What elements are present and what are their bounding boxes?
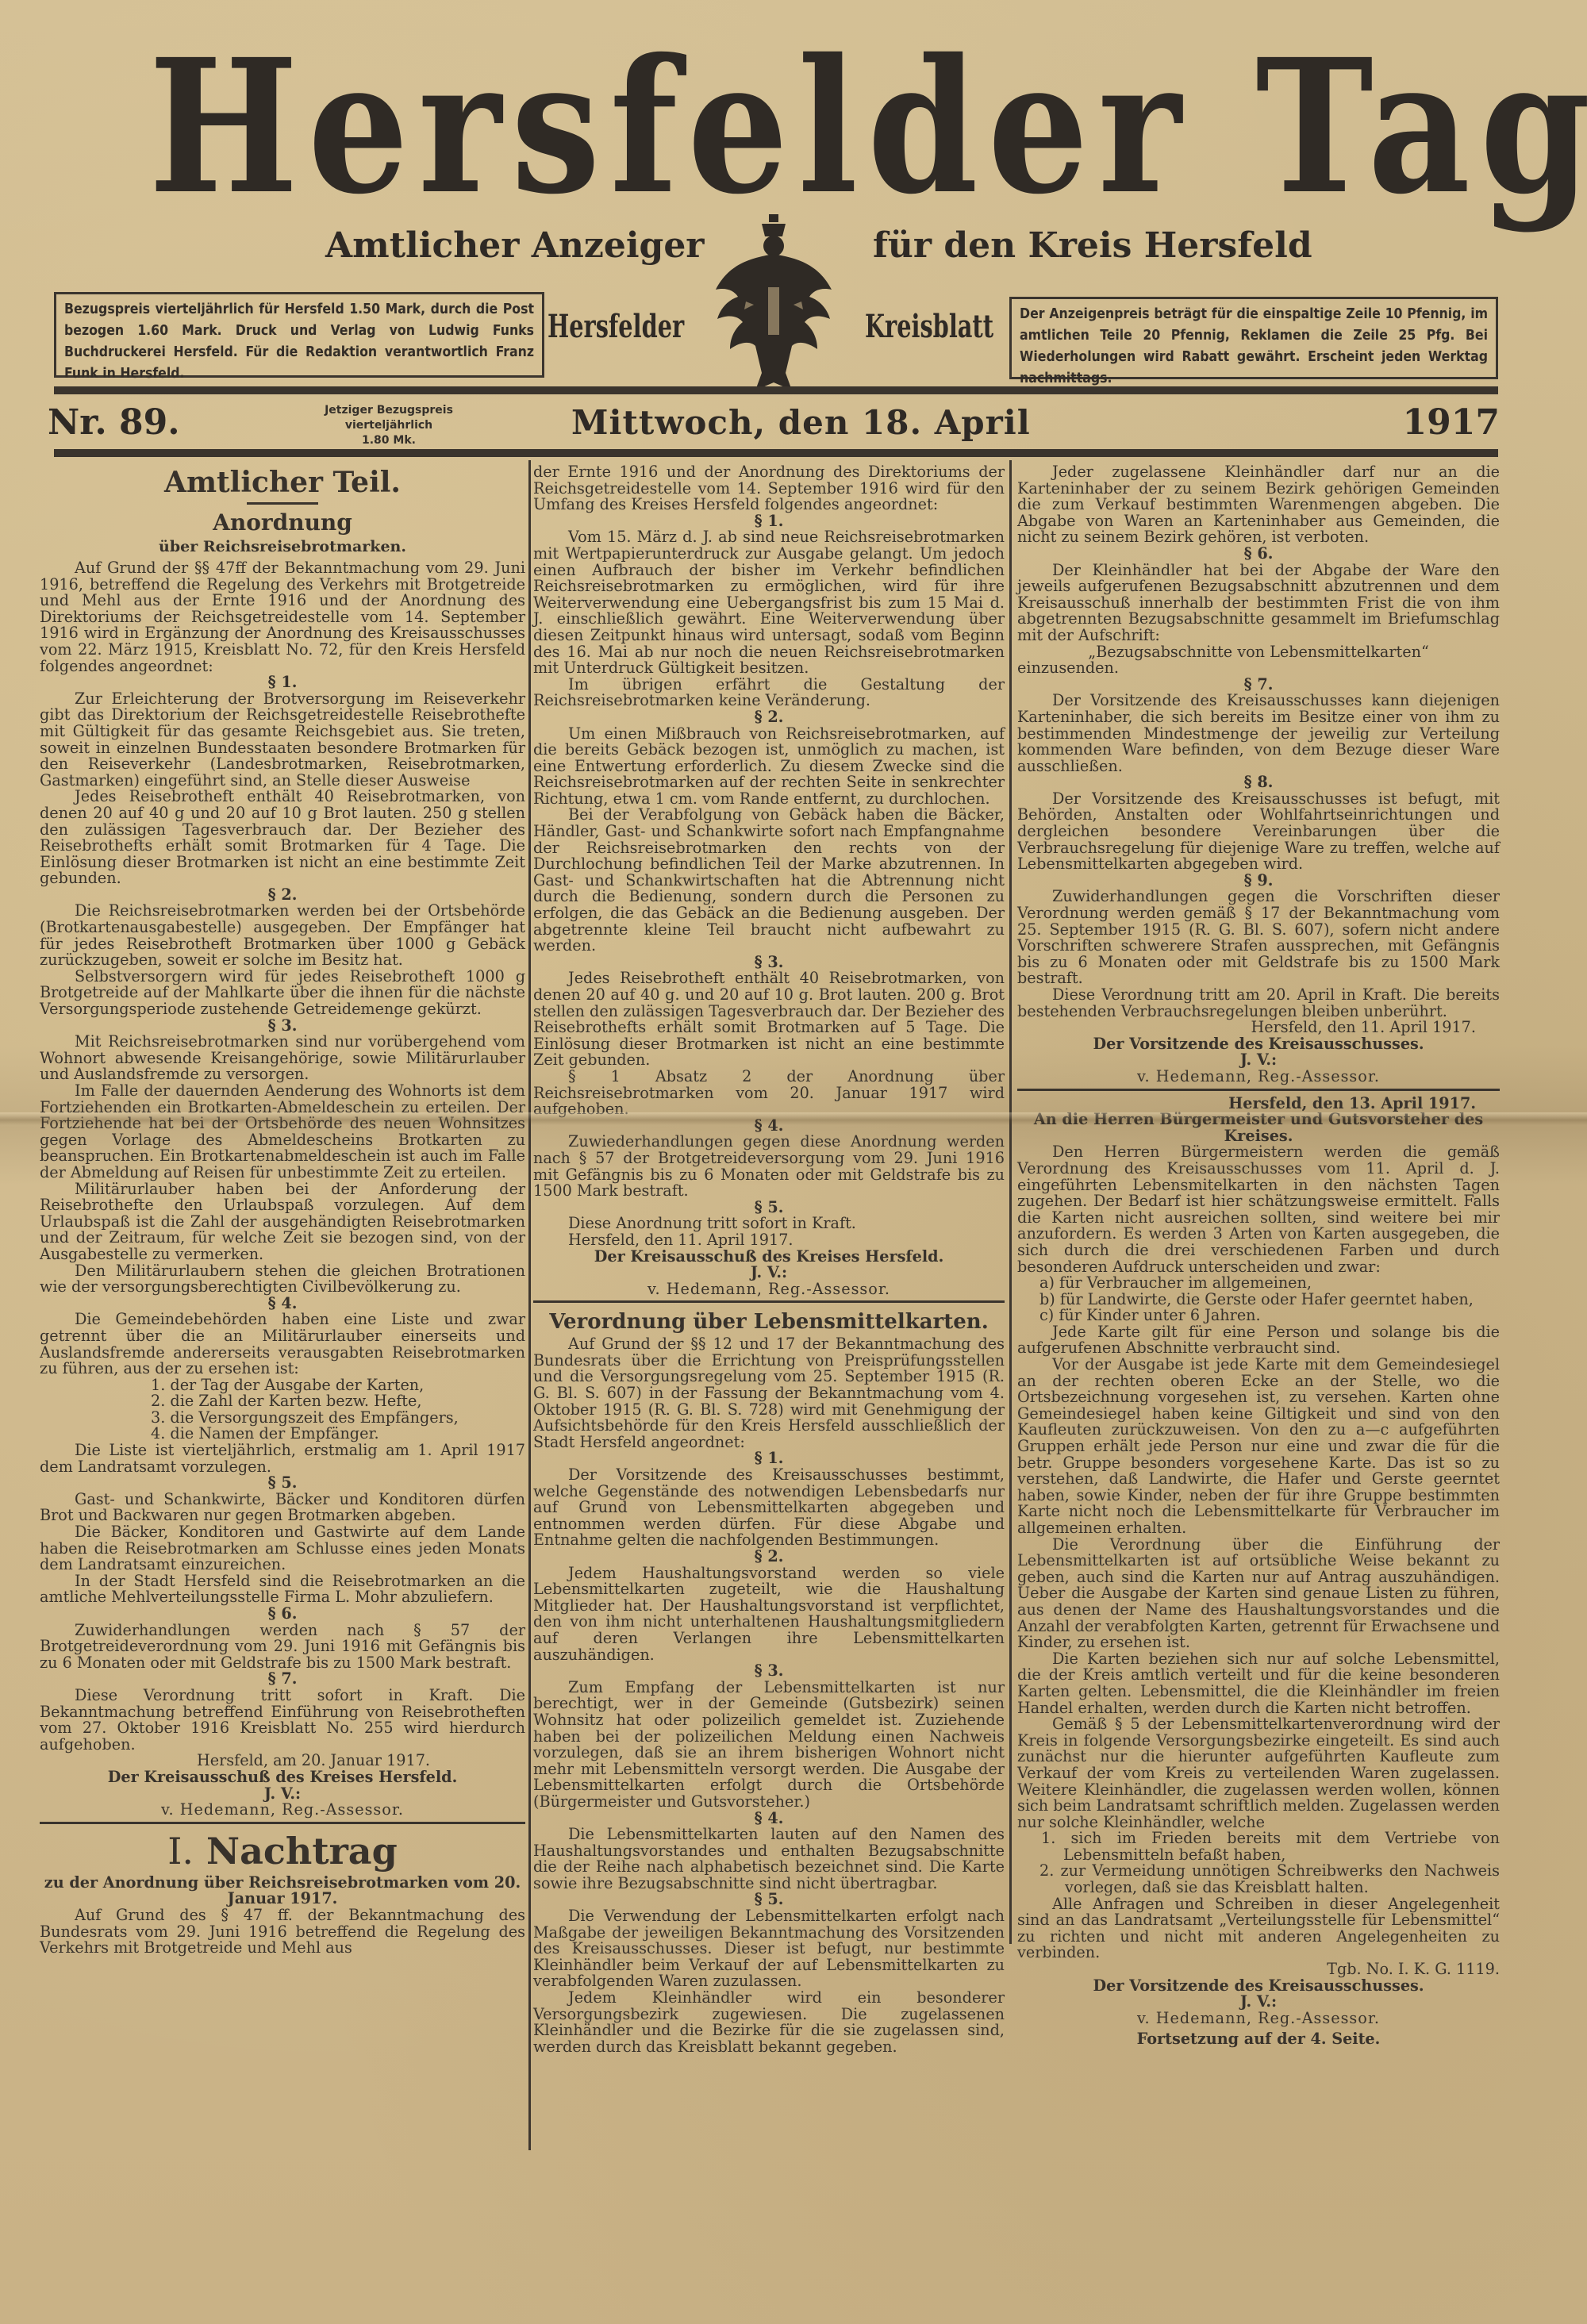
paragraph: Im Falle der dauernden Aenderung des Woh… <box>40 1083 525 1181</box>
list-item: 2. zur Vermeidung unnötigen Schreibwerks… <box>1017 1863 1500 1896</box>
section-marker: § 2. <box>40 887 525 904</box>
place-date: Hersfeld, den 11. April 1917. <box>1017 1020 1500 1036</box>
paragraph: Gast- und Schankwirte, Bäcker und Kondit… <box>40 1492 525 1524</box>
section-marker: § 5. <box>40 1475 525 1492</box>
paragraph: Gemäß § 5 der Lebensmittelkartenverordnu… <box>1017 1716 1500 1830</box>
on-behalf-marker: J. V.: <box>40 1786 525 1803</box>
paragraph: Die Verordnung über die Einführung der L… <box>1017 1537 1500 1651</box>
section-marker: § 3. <box>533 1663 1005 1680</box>
letter-addressee: An die Herren Bürgermeister und Gutsvors… <box>1017 1112 1500 1144</box>
list-item: a) für Verbraucher im allgemeinen, <box>1017 1275 1500 1292</box>
nachtrag-number: I. <box>167 1830 194 1873</box>
section-marker: § 9. <box>1017 873 1500 889</box>
paragraph: Jedes Reisebrotheft enthält 40 Reisebrot… <box>533 970 1005 1069</box>
signature: v. Hedemann, Reg.-Assessor. <box>1017 1069 1500 1085</box>
section-marker: § 5. <box>533 1200 1005 1216</box>
masthead-rule-bottom <box>54 449 1498 457</box>
paragraph: Die Gemeindebehörden haben eine Liste un… <box>40 1312 525 1377</box>
section-marker: § 1. <box>533 513 1005 530</box>
newspaper-page: Hersfelder Tageblatt Amtlicher Anzeiger … <box>0 0 1587 2324</box>
paragraph: Jedem Haushaltungsvorstand werden so vie… <box>533 1565 1005 1664</box>
issuing-authority: Der Kreisausschuß des Kreises Hersfeld. <box>533 1249 1005 1266</box>
article-divider <box>1017 1089 1500 1091</box>
article-title-verordnung: Verordnung über Lebensmittelkarten. <box>533 1308 1005 1336</box>
list-item: 1. der Tag der Ausgabe der Karten, <box>40 1377 525 1394</box>
issue-number: Nr. 89. <box>48 395 180 451</box>
paragraph: einzusenden. <box>1017 660 1500 677</box>
paragraph: Im übrigen erfährt die Gestaltung der Re… <box>533 677 1005 709</box>
list-item: c) für Kinder unter 6 Jahren. <box>1017 1308 1500 1324</box>
issue-year: 1917 <box>1403 395 1500 451</box>
price-note-line2: 1.80 Mk. <box>286 433 492 448</box>
section-marker: § 3. <box>533 955 1005 971</box>
quoted-inscription: „Bezugsabschnitte von Lebensmittelkarten… <box>1017 644 1500 661</box>
paragraph: Die Karten beziehen sich nur auf solche … <box>1017 1651 1500 1716</box>
paragraph: Bei der Verabfolgung von Gebäck haben di… <box>533 807 1005 954</box>
masthead-rule-top <box>54 386 1498 394</box>
paragraph: Auf Grund des § 47 ff. der Bekanntmachun… <box>40 1907 525 1957</box>
issuing-authority: Der Kreisausschuß des Kreises Hersfeld. <box>40 1769 525 1786</box>
paragraph: Zur Erleichterung der Brotversorgung im … <box>40 691 525 789</box>
paragraph: Zum Empfang der Lebensmittelkarten ist n… <box>533 1680 1005 1811</box>
paragraph: Vor der Ausgabe ist jede Karte mit dem G… <box>1017 1357 1500 1537</box>
paragraph: Die Reichsreisebrotmarken werden bei der… <box>40 903 525 968</box>
price-note-line1: Jetziger Bezugspreis vierteljährlich <box>286 403 492 433</box>
paragraph: Jeder zugelassene Kleinhändler darf nur … <box>1017 464 1500 546</box>
paragraph: Der Kleinhändler hat bei der Abgabe der … <box>1017 563 1500 644</box>
column-2: der Ernte 1916 und der Anordnung des Dir… <box>533 464 1005 2055</box>
paragraph: § 1 Absatz 2 der Anordnung über Reichsre… <box>533 1069 1005 1118</box>
issuing-authority: Der Vorsitzende des Kreisausschusses. <box>1017 1036 1500 1053</box>
paragraph: Zuwiederhandlungen gegen diese Anordnung… <box>533 1134 1005 1199</box>
paragraph: Diese Anordnung tritt sofort in Kraft. <box>533 1216 1005 1232</box>
paragraph: Den Herren Bürgermeistern werden die gem… <box>1017 1144 1500 1275</box>
nachtrag-title: Nachtrag <box>206 1830 398 1873</box>
paragraph: In der Stadt Hersfeld sind die Reisebrot… <box>40 1573 525 1606</box>
reference-number: Tgb. No. I. K. G. 1119. <box>1017 1961 1500 1978</box>
section-marker: § 4. <box>533 1811 1005 1827</box>
issue-date: Mittwoch, den 18. April <box>571 395 1031 451</box>
article-title-anordnung: Anordnung <box>40 509 525 536</box>
on-behalf-marker: J. V.: <box>1017 1994 1500 2011</box>
paragraph: Selbstversorgern wird für jedes Reisebro… <box>40 969 525 1018</box>
on-behalf-marker: J. V.: <box>533 1265 1005 1281</box>
column-1: Amtlicher Teil. Anordnung über Reichsrei… <box>40 464 525 1957</box>
article-divider <box>533 1300 1005 1303</box>
paragraph: der Ernte 1916 und der Anordnung des Dir… <box>533 464 1005 513</box>
issuing-authority: Der Vorsitzende des Kreisausschusses. <box>1017 1978 1500 1995</box>
masthead-title: Hersfelder Tageblatt <box>148 24 1390 230</box>
paragraph: Mit Reichsreisebrotmarken sind nur vorüb… <box>40 1034 525 1083</box>
article-divider <box>40 1822 525 1824</box>
price-note: Jetziger Bezugspreis vierteljährlich 1.8… <box>286 403 492 448</box>
list-item: 4. die Namen der Empfänger. <box>40 1426 525 1442</box>
paragraph: Diese Verordnung tritt am 20. April in K… <box>1017 987 1500 1020</box>
place-date: Hersfeld, am 20. Januar 1917. <box>40 1753 525 1769</box>
section-marker: § 1. <box>533 1450 1005 1467</box>
paragraph: Der Vorsitzende des Kreisausschusses kan… <box>1017 693 1500 774</box>
paragraph: Militärurlauber haben bei der Anforderun… <box>40 1181 525 1263</box>
paragraph: Die Lebensmittelkarten lauten auf den Na… <box>533 1827 1005 1892</box>
paragraph: Die Liste ist vierteljährlich, erstmalig… <box>40 1442 525 1475</box>
paragraph: Den Militärurlaubern stehen die gleichen… <box>40 1263 525 1296</box>
signature: v. Hedemann, Reg.-Assessor. <box>533 1281 1005 1298</box>
section-marker: § 3. <box>40 1018 525 1035</box>
list-item: b) für Landwirte, die Gerste oder Hafer … <box>1017 1292 1500 1308</box>
paragraph: Der Vorsitzende des Kreisausschusses bes… <box>533 1467 1005 1549</box>
section-marker: § 6. <box>40 1606 525 1623</box>
advertising-info-box: Der Anzeigenpreis beträgt für die einspa… <box>1009 297 1498 379</box>
masthead-subtitle-right: für den Kreis Hersfeld <box>873 222 1312 270</box>
continuation-note: Fortsetzung auf der 4. Seite. <box>1017 2031 1500 2048</box>
section-marker: § 8. <box>1017 774 1500 791</box>
kreisblatt-label-left: Hersfelder <box>548 295 684 359</box>
paragraph: Die Verwendung der Lebensmittelkarten er… <box>533 1908 1005 1990</box>
column-rule-2 <box>1009 460 1012 1944</box>
signature: v. Hedemann, Reg.-Assessor. <box>1017 2011 1500 2027</box>
kreisblatt-label-right: Kreisblatt <box>865 295 993 359</box>
article-title-nachtrag: I. Nachtrag <box>40 1829 525 1873</box>
nachtrag-subtitle: zu der Anordnung über Reichsreisebrotmar… <box>40 1875 525 1907</box>
section-marker: § 2. <box>533 709 1005 726</box>
section-marker: § 2. <box>533 1549 1005 1565</box>
list-item: 3. die Versorgungszeit des Empfängers, <box>40 1410 525 1427</box>
section-marker: § 1. <box>40 674 525 691</box>
paragraph: Auf Grund der §§ 47ff der Bekanntmachung… <box>40 560 525 674</box>
column-3: Jeder zugelassene Kleinhändler darf nur … <box>1017 464 1500 2048</box>
paragraph: Jedem Kleinhändler wird ein besonderer V… <box>533 1990 1005 2055</box>
on-behalf-marker: J. V.: <box>1017 1052 1500 1069</box>
letter-date: Hersfeld, den 13. April 1917. <box>1017 1096 1500 1112</box>
paragraph: Jede Karte gilt für eine Person und sola… <box>1017 1324 1500 1357</box>
section-marker: § 6. <box>1017 546 1500 563</box>
paragraph: Um einen Mißbrauch von Reichsreisebrotma… <box>533 726 1005 808</box>
paragraph: Diese Verordnung tritt sofort in Kraft. … <box>40 1688 525 1753</box>
signature: v. Hedemann, Reg.-Assessor. <box>40 1802 525 1819</box>
paragraph: Zuwiderhandlungen gegen die Vorschriften… <box>1017 889 1500 987</box>
subscription-info-box: Bezugspreis vierteljährlich für Hersfeld… <box>54 292 544 378</box>
paragraph: Vom 15. März d. J. ab sind neue Reichsre… <box>533 529 1005 676</box>
list-item: 1. sich im Frieden bereits mit dem Vertr… <box>1017 1830 1500 1863</box>
section-marker: § 4. <box>533 1118 1005 1135</box>
section-heading-amtlicher-teil: Amtlicher Teil. <box>40 464 525 501</box>
paragraph: Alle Anfragen und Schreiben in dieser An… <box>1017 1896 1500 1961</box>
masthead-subtitle-left: Amtlicher Anzeiger <box>325 222 705 270</box>
paragraph: Auf Grund der §§ 12 und 17 der Bekanntma… <box>533 1336 1005 1450</box>
list-item: 2. die Zahl der Karten bezw. Hefte, <box>40 1393 525 1410</box>
paragraph: Jedes Reisebrotheft enthält 40 Reisebrot… <box>40 789 525 887</box>
paragraph: Der Vorsitzende des Kreisausschusses ist… <box>1017 791 1500 873</box>
imperial-eagle-icon <box>706 214 841 397</box>
paragraph: Die Bäcker, Konditoren und Gastwirte auf… <box>40 1524 525 1573</box>
issue-line: Nr. 89. Jetziger Bezugspreis vierteljähr… <box>48 395 1500 451</box>
paragraph: Zuwiderhandlungen werden nach § 57 der B… <box>40 1623 525 1672</box>
section-marker: § 7. <box>40 1671 525 1688</box>
article-subtitle: über Reichsreisebrotmarken. <box>40 536 525 557</box>
section-marker: § 4. <box>40 1296 525 1312</box>
section-marker: § 7. <box>1017 677 1500 693</box>
section-marker: § 5. <box>533 1892 1005 1908</box>
column-rule-1 <box>528 460 531 2150</box>
place-date: Hersfeld, den 11. April 1917. <box>533 1232 1005 1249</box>
heading-rule <box>247 502 318 505</box>
